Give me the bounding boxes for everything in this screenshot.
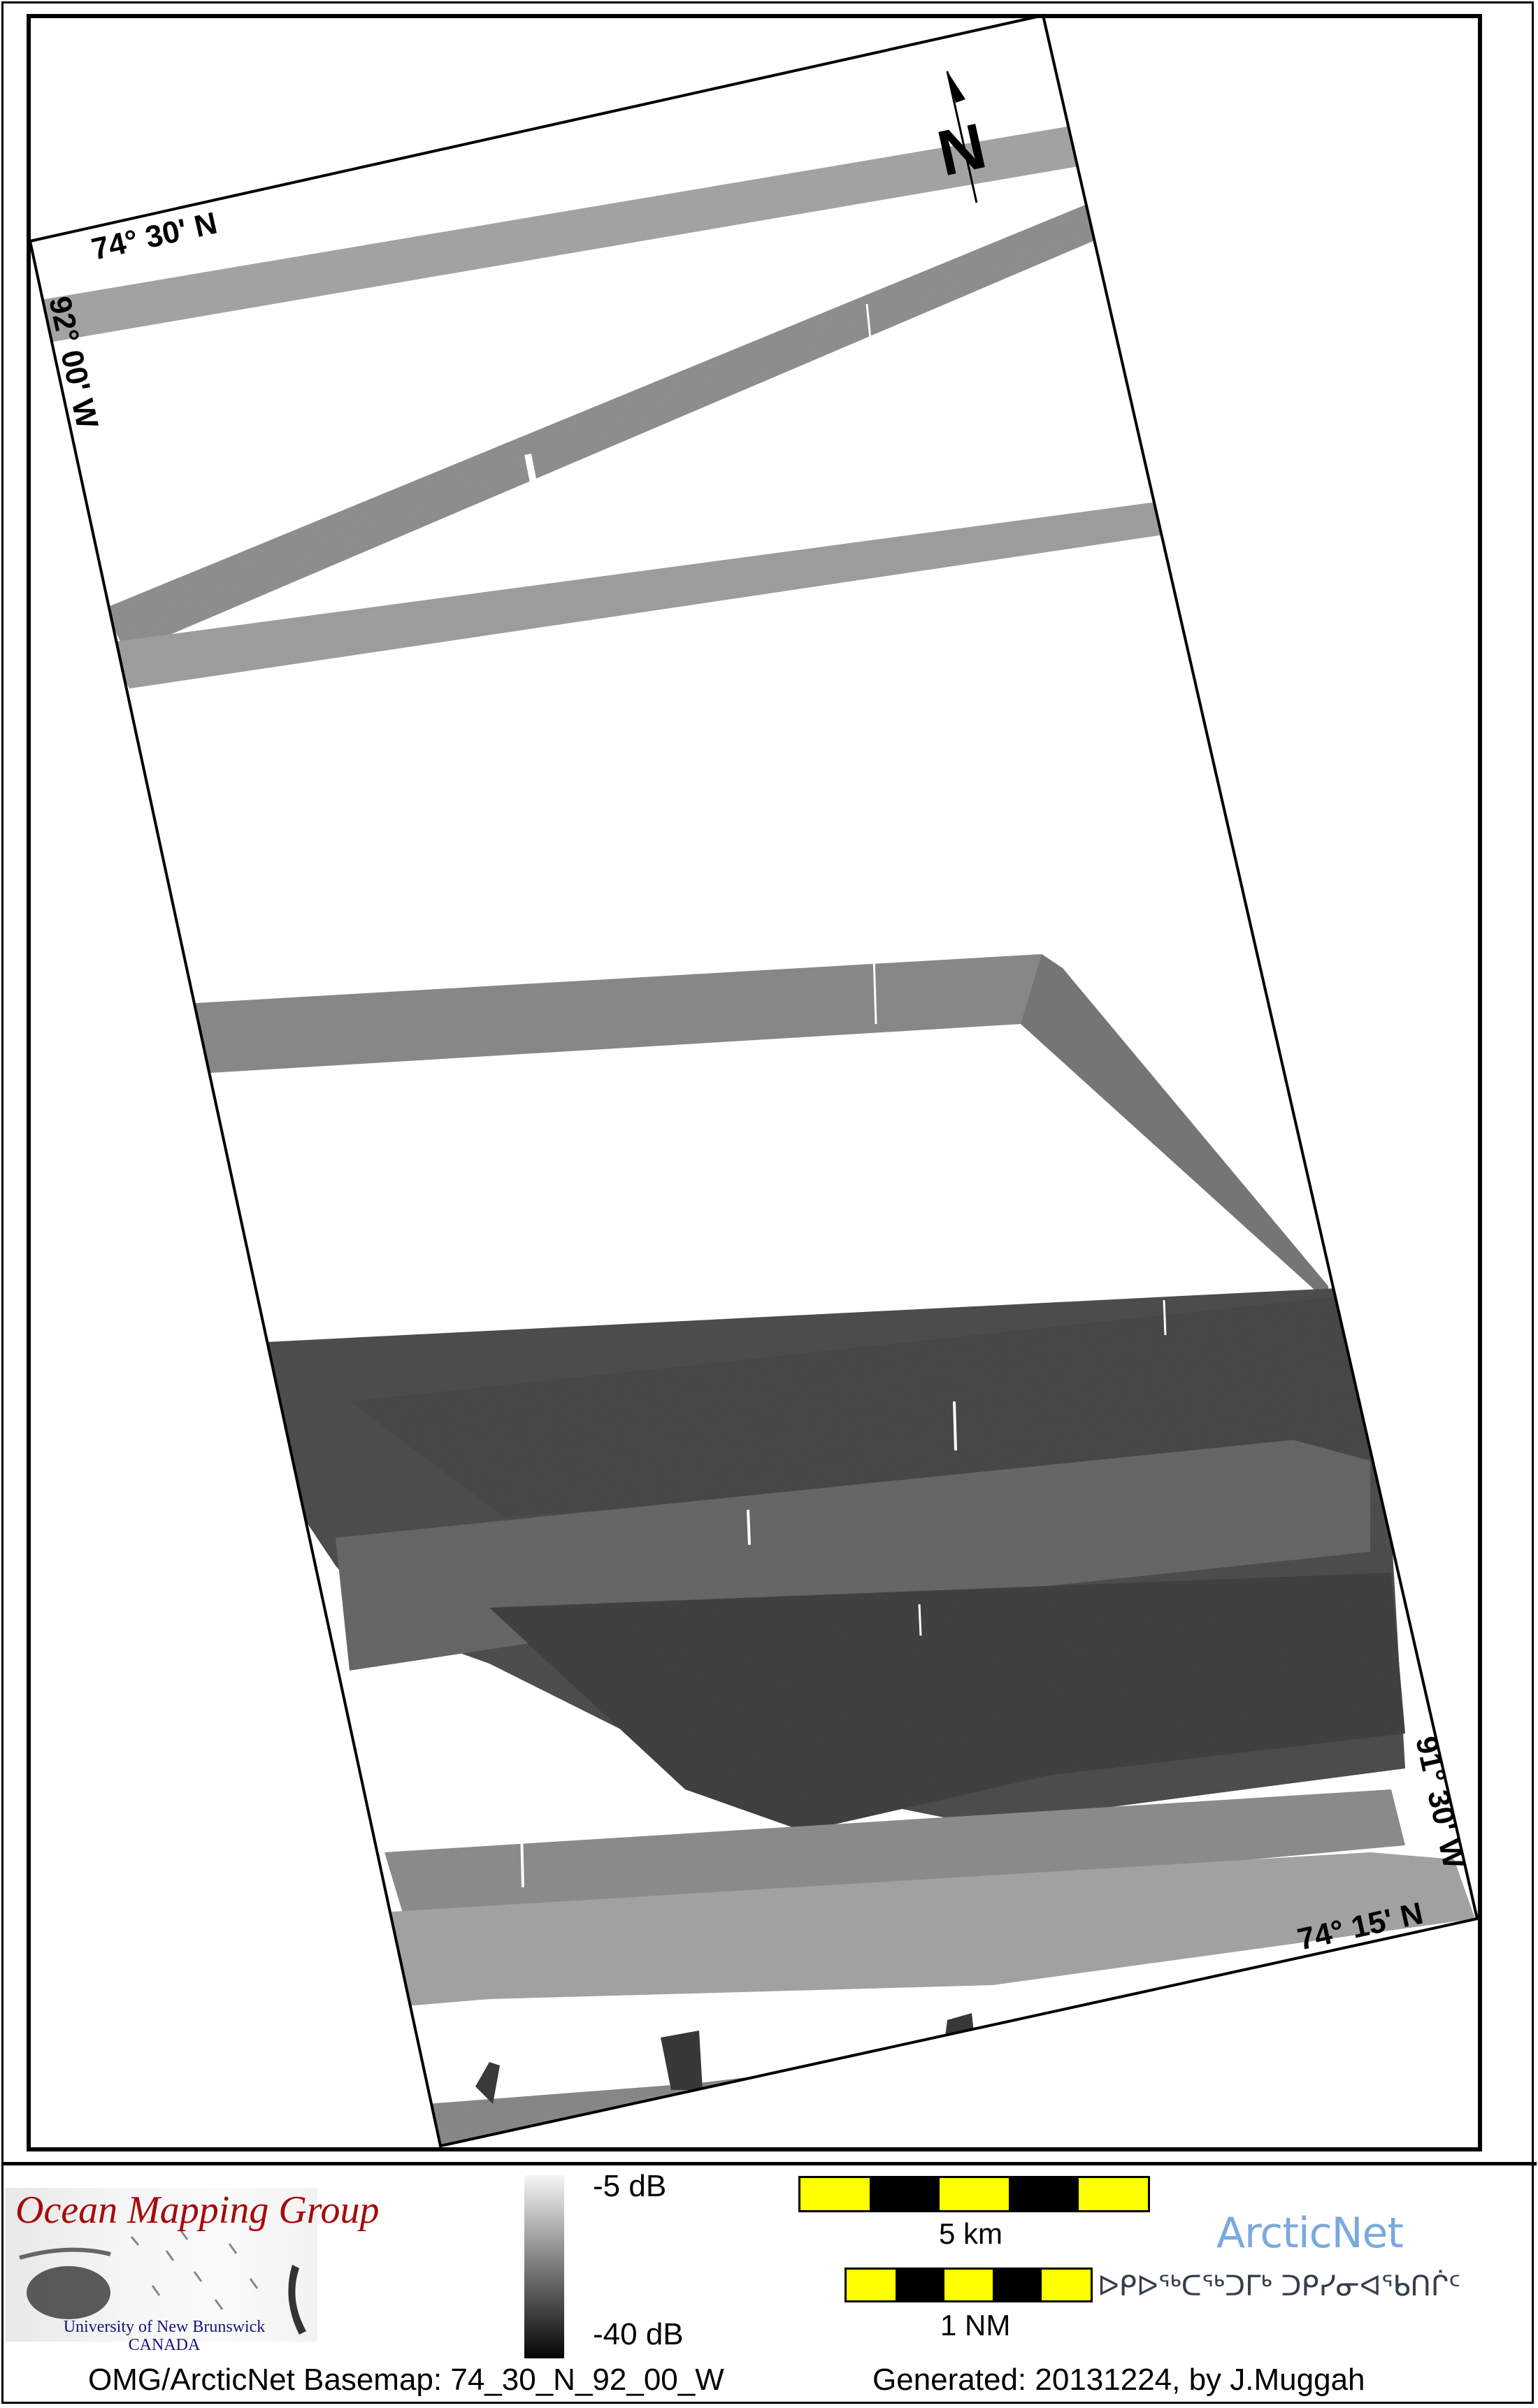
scalebar-5km [798,2176,1150,2212]
map-frame [27,14,1482,2151]
omg-subtitle: University of New Brunswick CANADA [0,2318,329,2354]
scalebar-5km-label: 5 km [939,2217,1002,2251]
colorbar-min-label: -40 dB [593,2317,684,2352]
backscatter-colorbar [524,2175,564,2358]
scalebar-1nm-label: 1 NM [940,2309,1010,2342]
omg-title: Ocean Mapping Group [15,2188,380,2233]
arcticnet-logo: ArcticNet [1216,2209,1403,2258]
legend-separator [1,2162,1537,2165]
colorbar-max-label: -5 dB [593,2169,666,2204]
generated-info: Generated: 20131224, by J.Muggah [872,2363,1365,2398]
omg-country: CANADA [0,2336,329,2354]
scalebar-1nm [845,2268,1093,2302]
omg-university: University of New Brunswick [0,2318,329,2336]
arcticnet-syllabics: ᐅᑭᐅᖅᑕᖅᑐᒥᒃ ᑐᑭᓯᓂᐊᖃᑎᒌᑦ [1098,2270,1460,2302]
basemap-id: OMG/ArcticNet Basemap: 74_30_N_92_00_W [88,2363,724,2398]
